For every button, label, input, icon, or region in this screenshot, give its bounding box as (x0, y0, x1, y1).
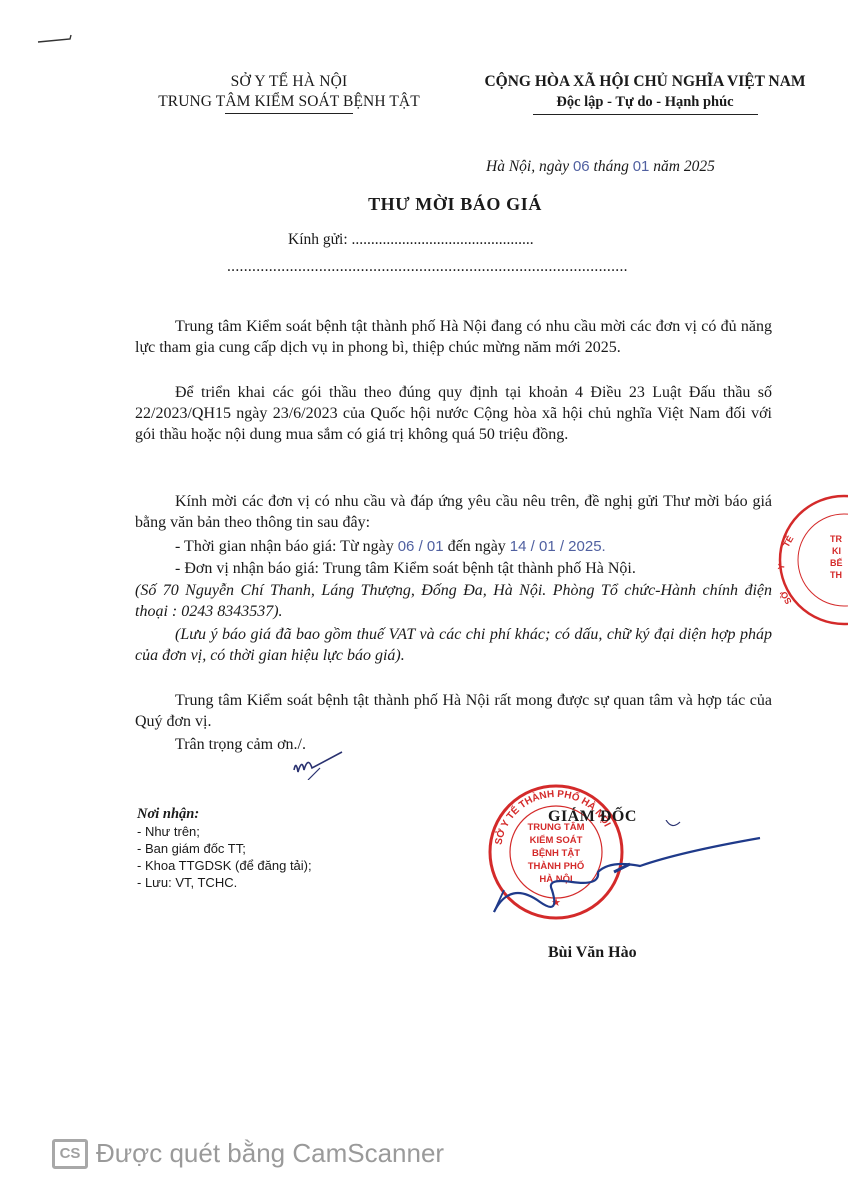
initials-mark (290, 750, 350, 780)
svg-text:BẾ: BẾ (830, 558, 843, 568)
signer-name: Bùi Văn Hào (548, 944, 637, 962)
national-motto: Độc lập - Tự do - Hạnh phúc (455, 92, 835, 112)
recipient-item: - Khoa TTGDSK (để đăng tải); (137, 857, 312, 874)
bullet-receiving-unit: - Đơn vị nhận báo giá: Trung tâm Kiểm so… (135, 558, 772, 579)
recipient-item: - Như trên; (137, 823, 312, 840)
greeting: Kính gửi: ..............................… (288, 231, 534, 249)
paragraph-intro: Trung tâm Kiểm soát bệnh tật thành phố H… (135, 316, 772, 358)
scan-artifact-mark (36, 34, 76, 44)
document-title: THƯ MỜI BÁO GIÁ (0, 194, 848, 215)
paragraph-legal-basis: Để triển khai các gói thầu theo đúng quy… (135, 382, 772, 445)
recipient-blank-line: ........................................… (227, 258, 628, 276)
recipient-item: - Ban giám đốc TT; (137, 840, 312, 857)
quotation-note: (Lưu ý báo giá đã bao gồm thuế VAT và cá… (135, 624, 772, 666)
receiving-from-date: 06 / 01 (398, 538, 444, 555)
issuer-agency: TRUNG TÂM KIỂM SOÁT BỆNH TẬT (128, 92, 450, 112)
receiving-to-date: 14 / 01 / 2025. (510, 538, 606, 555)
svg-text:SỞ: SỞ (777, 589, 794, 607)
camscanner-watermark: CS Được quét bằng CamScanner (52, 1138, 444, 1169)
national-title: CỘNG HÒA XÃ HỘI CHỦ NGHĨA VIỆT NAM (455, 72, 835, 92)
svg-text:TR: TR (830, 534, 842, 544)
recipient-item: - Lưu: VT, TCHC. (137, 874, 312, 891)
date-month: 01 (633, 158, 650, 175)
national-header: CỘNG HÒA XÃ HỘI CHỦ NGHĨA VIỆT NAM Độc l… (455, 72, 835, 115)
issuer-underline (225, 113, 353, 114)
recipient-blank: ........................................… (352, 231, 534, 248)
handwritten-signature (480, 820, 780, 930)
watermark-text: Được quét bằng CamScanner (96, 1138, 444, 1169)
recipients-heading: Nơi nhận: (137, 806, 312, 823)
motto-underline (533, 114, 758, 115)
thanks-line: Trân trọng cảm ơn./. (135, 734, 772, 755)
page-seal-partial-stamp: TR KI BẾ TH TẾ Y SỞ (772, 490, 848, 630)
receiving-address: (Số 70 Nguyễn Chí Thanh, Láng Thượng, Đố… (135, 580, 772, 622)
issuer-header: SỞ Y TẾ HÀ NỘI TRUNG TÂM KIỂM SOÁT BỆNH … (128, 72, 450, 114)
recipients-list: Nơi nhận: - Như trên; - Ban giám đốc TT;… (137, 806, 312, 891)
date-day: 06 (573, 158, 590, 175)
issuer-parent-agency: SỞ Y TẾ HÀ NỘI (128, 72, 450, 92)
bullet-receiving-time: - Thời gian nhận báo giá: Từ ngày 06 / 0… (135, 536, 772, 557)
paragraph-invitation: Kính mời các đơn vị có nhu cầu và đáp ứn… (135, 491, 772, 533)
document-date: Hà Nội, ngày 06 tháng 01 năm 2025 (486, 158, 715, 176)
svg-text:TH: TH (830, 570, 842, 580)
svg-text:KI: KI (832, 546, 841, 556)
svg-text:Y: Y (776, 563, 786, 570)
camscanner-logo-icon: CS (52, 1139, 88, 1169)
paragraph-closing: Trung tâm Kiểm soát bệnh tật thành phố H… (135, 690, 772, 732)
